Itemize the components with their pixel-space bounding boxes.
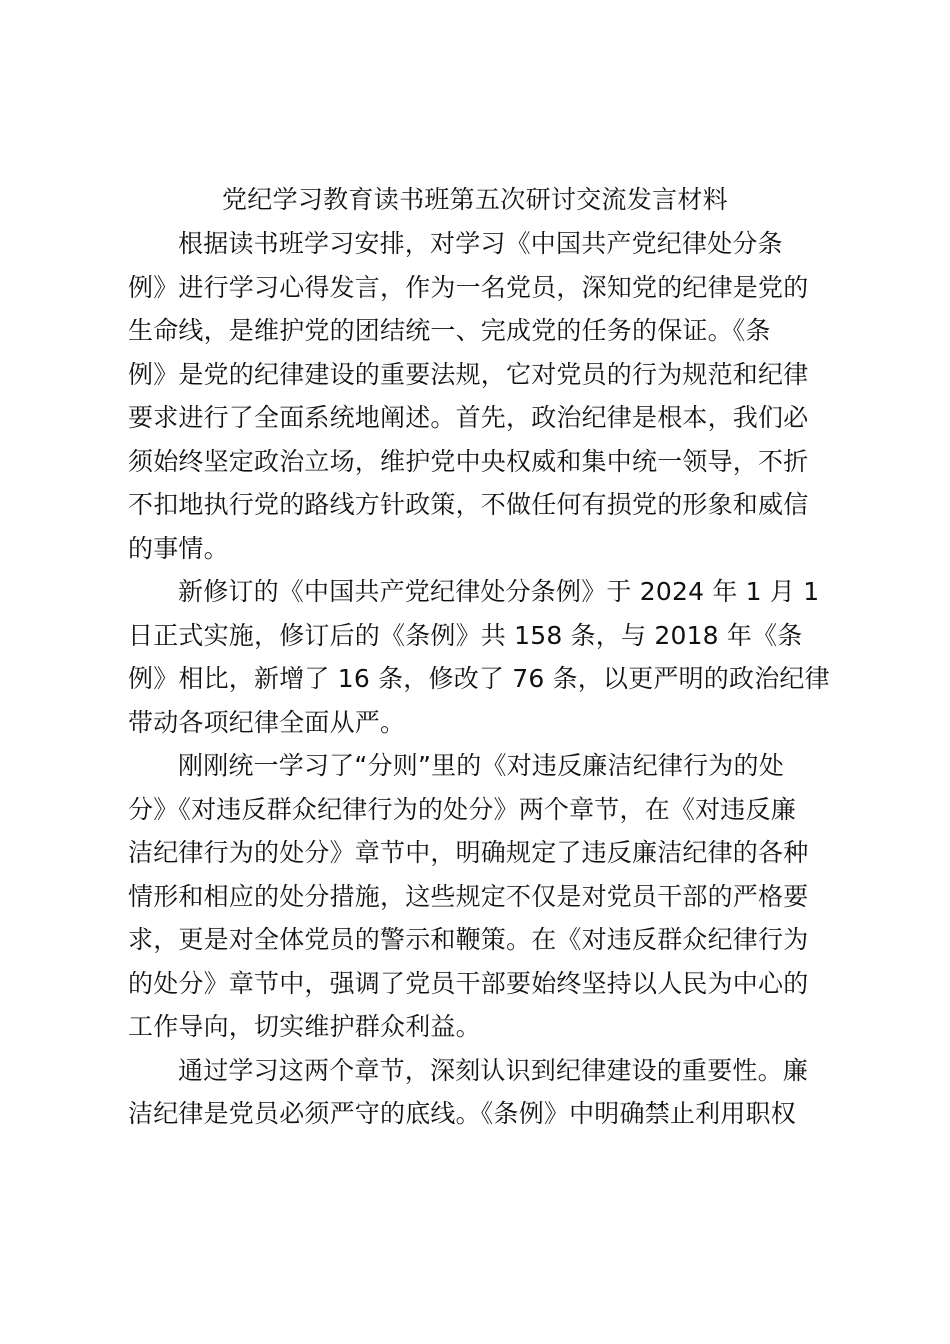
text-line: 新修订的《中国共产党纪律处分条例》于 2024 年 1 月 1 xyxy=(128,570,828,614)
document-body: 根据读书班学习安排，对学习《中国共产党纪律处分条 例》进行学习心得发言，作为一名… xyxy=(128,222,828,1136)
text-line: 的事情。 xyxy=(128,527,828,571)
text-line: 洁纪律行为的处分》章节中，明确规定了违反廉洁纪律的各种 xyxy=(128,831,828,875)
text-line: 要求进行了全面系统地阐述。首先，政治纪律是根本，我们必 xyxy=(128,396,828,440)
text-line: 日正式实施，修订后的《条例》共 158 条，与 2018 年《条 xyxy=(128,614,828,658)
text-line: 例》相比，新增了 16 条，修改了 76 条，以更严明的政治纪律 xyxy=(128,657,828,701)
text-line: 须始终坚定政治立场，维护党中央权威和集中统一领导，不折 xyxy=(128,440,828,484)
text-line: 洁纪律是党员必须严守的底线。《条例》中明确禁止利用职权 xyxy=(128,1092,828,1136)
text-line: 例》进行学习心得发言，作为一名党员，深知党的纪律是党的 xyxy=(128,266,828,310)
text-line: 带动各项纪律全面从严。 xyxy=(128,701,828,745)
text-line: 例》是党的纪律建设的重要法规，它对党员的行为规范和纪律 xyxy=(128,353,828,397)
text-line: 生命线，是维护党的团结统一、完成党的任务的保证。《条 xyxy=(128,309,828,353)
text-line: 通过学习这两个章节，深刻认识到纪律建设的重要性。廉 xyxy=(128,1049,828,1093)
document-title: 党纪学习教育读书班第五次研讨交流发言材料 xyxy=(0,178,950,222)
text-line: 求，更是对全体党员的警示和鞭策。在《对违反群众纪律行为 xyxy=(128,918,828,962)
text-line: 根据读书班学习安排，对学习《中国共产党纪律处分条 xyxy=(128,222,828,266)
text-line: 情形和相应的处分措施，这些规定不仅是对党员干部的严格要 xyxy=(128,875,828,919)
text-line: 的处分》章节中，强调了党员干部要始终坚持以人民为中心的 xyxy=(128,962,828,1006)
text-line: 不扣地执行党的路线方针政策，不做任何有损党的形象和威信 xyxy=(128,483,828,527)
document-page: 党纪学习教育读书班第五次研讨交流发言材料 根据读书班学习安排，对学习《中国共产党… xyxy=(0,0,950,1344)
text-line: 分》《对违反群众纪律行为的处分》两个章节，在《对违反廉 xyxy=(128,788,828,832)
text-line: 刚刚统一学习了“分则”里的《对违反廉洁纪律行为的处 xyxy=(128,744,828,788)
text-line: 工作导向，切实维护群众利益。 xyxy=(128,1005,828,1049)
